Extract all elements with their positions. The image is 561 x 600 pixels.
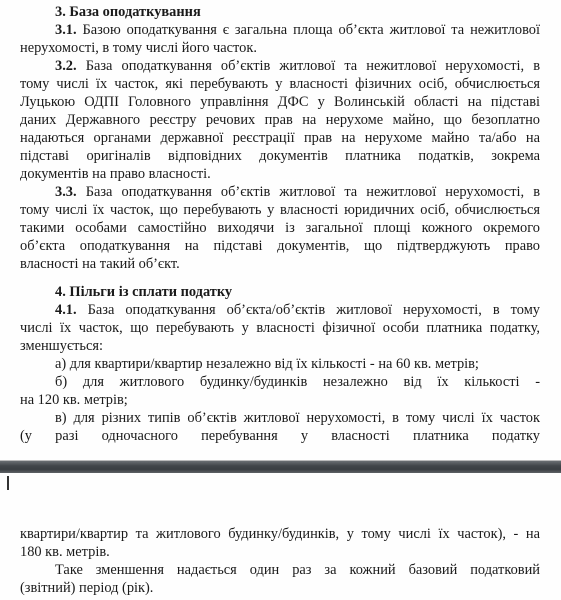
paragraph-number: 3.2. — [55, 58, 77, 74]
paragraph-3-3-line: об’єкта оподаткування на підставі докуме… — [20, 238, 540, 254]
document-page-2: квартири/квартир та житлового будинку/бу… — [0, 474, 561, 600]
list-item-c: (у разі одночасного перебування у власно… — [20, 428, 540, 444]
section-4-heading: 4. Пільги із сплати податку — [55, 284, 540, 300]
paragraph-3-2-line: даних Державного реєстру речових прав на… — [20, 112, 540, 128]
closing-paragraph-line: Таке зменшення надається один раз за кож… — [55, 562, 540, 578]
paragraph-3-2-line: тому числі їх часток, які перебувають у … — [20, 76, 540, 92]
paragraph-4-1-line: зменшується: — [20, 338, 540, 354]
list-item-b: б) для житлового будинку/будинків незале… — [55, 374, 540, 390]
list-item-c: в) для різних типів об’єктів житлової не… — [55, 410, 540, 426]
paragraph-number: 3.3. — [55, 184, 77, 200]
document-page-1: 3. База оподаткування 3.1. Базою оподатк… — [0, 0, 561, 462]
paragraph-number: 4.1. — [55, 302, 77, 318]
list-item-b: на 120 кв. метрів; — [20, 392, 540, 408]
page-break-separator — [0, 461, 561, 473]
list-item-c-continued: квартири/квартир та житлового будинку/бу… — [20, 526, 540, 542]
paragraph-3-2-line: Луцькою ОДПІ Головного управління ДФС у … — [20, 94, 540, 110]
paragraph-4-1-line: 4.1. База оподаткування об’єкта/об’єктів… — [55, 302, 540, 318]
paragraph-3-3-line: тому числі їх часток, що перебувають у в… — [20, 202, 540, 218]
section-3-heading: 3. База оподаткування — [55, 4, 540, 20]
paragraph-3-2-line: документів на право власності. — [20, 166, 540, 182]
paragraph-3-2-line: підставі оригіналів відповідних документ… — [20, 148, 540, 164]
paragraph-3-3-line: 3.3. База оподаткування об’єктів житлово… — [55, 184, 540, 200]
paragraph-number: 3.1. — [55, 22, 77, 38]
paragraph-3-3-line: власності на такий об’єкт. — [20, 256, 540, 272]
paragraph-3-2-line: надаються органами державної реєстрації … — [20, 130, 540, 146]
closing-paragraph-line: (звітний) період (рік). — [20, 580, 540, 596]
paragraph-3-1-line: нерухомості, в тому числі його часток. — [20, 40, 540, 56]
paragraph-3-3-line: такими особами самостійно виходячи із за… — [20, 220, 540, 236]
list-item-a: а) для квартири/квартир незалежно від їх… — [55, 356, 540, 372]
list-item-c-continued: 180 кв. метрів. — [20, 544, 540, 560]
paragraph-3-2-line: 3.2. База оподаткування об’єктів житлово… — [55, 58, 540, 74]
paragraph-4-1-line: числі їх часток, що перебувають у власно… — [20, 320, 540, 336]
paragraph-3-1-line: 3.1. Базою оподаткування є загальна площ… — [55, 22, 540, 38]
